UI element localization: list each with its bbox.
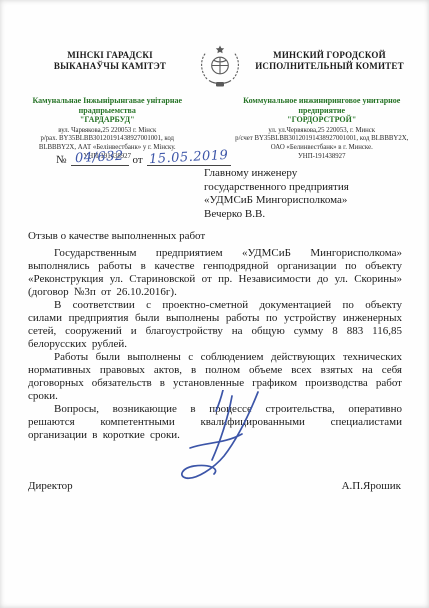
org-name-line: "ГОРДОРСТРОЙ" (215, 115, 429, 125)
committee-name-russian: МИНСКИЙ ГОРОДСКОЙ ИСПОЛНИТЕЛЬНЫЙ КОМИТЕТ (246, 46, 413, 72)
address-line: вул. Чарвякова,25 220053 г. Мінск (0, 127, 215, 136)
outgoing-number-field: 04/632 (71, 150, 129, 166)
body-paragraph: Вопросы, возникающие в процессе строител… (28, 403, 402, 442)
org-name-line: предприятие (215, 106, 429, 116)
recipient-line: Вечерко В.В. (204, 208, 349, 222)
org-block-russian: Коммунальное инжиниринговое унитарное пр… (215, 96, 429, 162)
recipient-block: Главному инженеру государственного предп… (204, 167, 349, 221)
letterhead: МІНСКІ ГАРАДСКІ ВЫКАНАЎЧЫ КАМІТЭТ МИНСКИ… (0, 0, 429, 88)
committee-line: МИНСКИЙ ГОРОДСКОЙ (246, 50, 413, 61)
body-paragraph: Государственным предприятием «УДМСиБ Мин… (28, 247, 402, 299)
address-line: р/счет BY35BLBB30120191438927001001, код… (215, 135, 429, 144)
reference-line: № 04/632 от 15.05.2019 (56, 150, 231, 166)
subject-line: Отзыв о качестве выполненных работ (28, 230, 205, 242)
recipient-line: Главному инженеру (204, 167, 349, 181)
committee-name-belarusian: МІНСКІ ГАРАДСКІ ВЫКАНАЎЧЫ КАМІТЭТ (26, 46, 194, 72)
signer-role: Директор (28, 480, 73, 492)
address-line: УНП-191438927 (215, 153, 429, 162)
scanned-letter-page: МІНСКІ ГАРАДСКІ ВЫКАНАЎЧЫ КАМІТЭТ МИНСКИ… (0, 0, 429, 608)
address-line: р/рах. BY35BLBB30120191438927001001, код (0, 135, 215, 144)
org-name-line: "ГАРДАРБУД" (0, 115, 215, 125)
from-label: от (133, 154, 143, 166)
recipient-line: государственного предприятия (204, 181, 349, 195)
org-name-russian: Коммунальное инжиниринговое унитарное пр… (215, 96, 429, 125)
org-name-line: Коммунальное инжиниринговое унитарное (215, 96, 429, 106)
number-sign: № (56, 154, 67, 166)
org-name-belarusian: Камунальнае Інжынірынгавае унітарнае пра… (0, 96, 215, 125)
letter-body: Государственным предприятием «УДМСиБ Мин… (28, 247, 402, 442)
address-line: ОАО «Белинвестбанк» в г. Минске. (215, 144, 429, 153)
recipient-line: «УДМСиБ Мингорисполкома» (204, 194, 349, 208)
belarus-coat-of-arms-icon (194, 44, 246, 88)
date-handwritten: 15.05.2019 (149, 148, 229, 167)
org-name-line: прадпрыемства (0, 106, 215, 116)
outgoing-number-handwritten: 04/632 (75, 149, 124, 167)
body-paragraph: Работы были выполнены с соблюдением дейс… (28, 351, 402, 403)
signoff-row: Директор А.П.Ярошик (0, 480, 429, 492)
body-paragraph: В соответствии с проектно-сметной докуме… (28, 299, 402, 351)
signer-name: А.П.Ярошик (342, 480, 401, 492)
org-address-russian: ул. ул.Червякова,25 220053, г. Минск р/с… (215, 127, 429, 162)
committee-line: МІНСКІ ГАРАДСКІ (26, 50, 194, 61)
org-name-line: Камунальнае Інжынірынгавае унітарнае (0, 96, 215, 106)
address-line: ул. ул.Червякова,25 220053, г. Минск (215, 127, 429, 136)
committee-line: ВЫКАНАЎЧЫ КАМІТЭТ (26, 61, 194, 72)
date-field: 15.05.2019 (147, 150, 231, 166)
committee-line: ИСПОЛНИТЕЛЬНЫЙ КОМИТЕТ (246, 61, 413, 72)
